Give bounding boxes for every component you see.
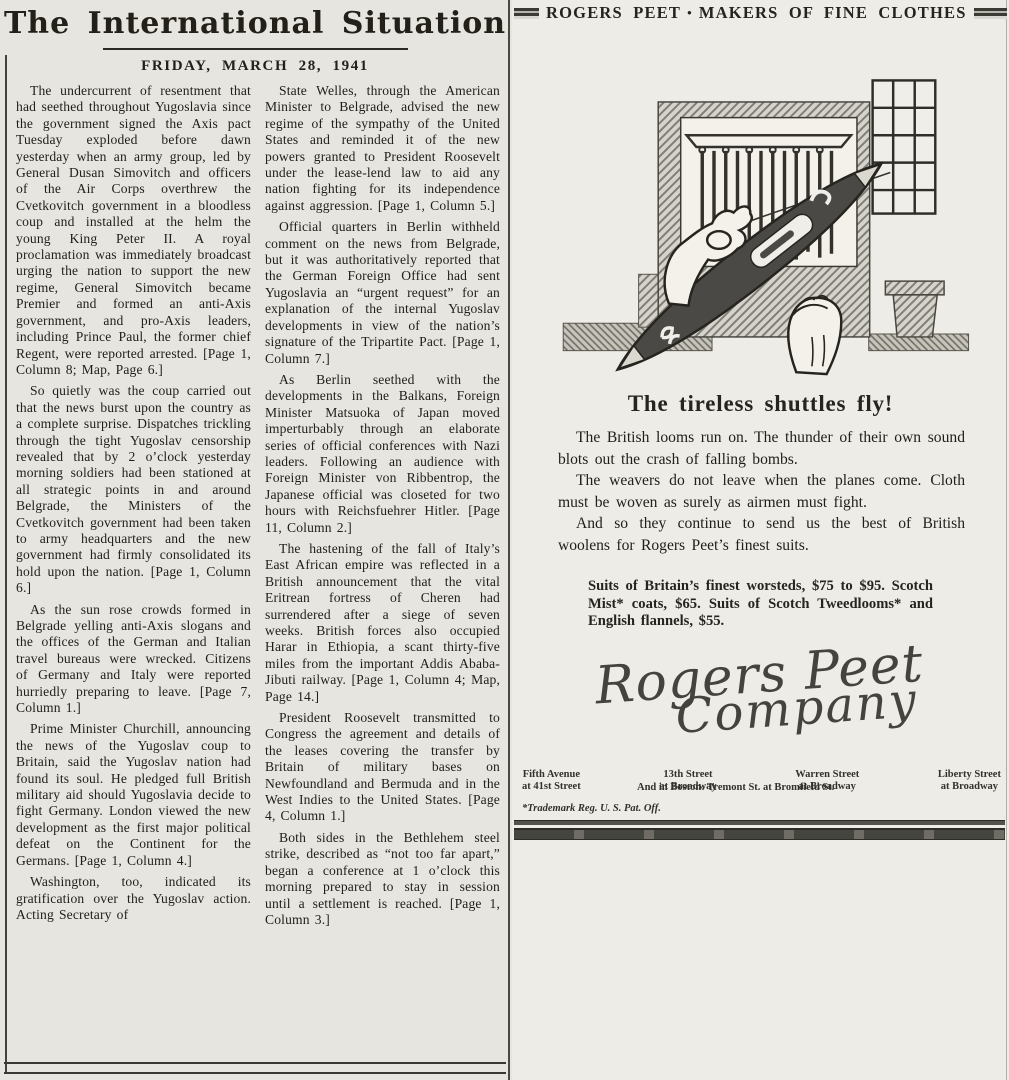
- article-paragraph: The hastening of the fall of Italy’s Eas…: [265, 541, 500, 705]
- article-paragraph: As Berlin seethed with the developments …: [265, 372, 500, 536]
- article-paragraph: As the sun rose crowds formed in Belgrad…: [16, 602, 251, 717]
- newspaper-scan: The International Situation FRIDAY, MARC…: [0, 0, 1009, 1080]
- ad-price-list: Suits of Britain’s finest worsteds, $75 …: [588, 578, 933, 631]
- ad-paragraph: And so they continue to send us the best…: [558, 513, 965, 556]
- masthead-bar-icon: [514, 8, 539, 19]
- ad-masthead: ROGERS PEET•MAKERS OF FINE CLOTHES: [512, 0, 1009, 23]
- article-header: The International Situation FRIDAY, MARC…: [0, 0, 510, 75]
- upper-hand-grip: [707, 231, 730, 249]
- ad-paragraph: The British looms run on. The thunder of…: [558, 427, 965, 470]
- loom-shuttle-illustration: [545, 53, 977, 381]
- factory-window-building: [872, 80, 935, 213]
- address-liberty-street: Liberty Street at Broadway: [938, 769, 1001, 793]
- title-underline-rule: [103, 48, 408, 50]
- masthead-bar-icon: [974, 8, 1007, 19]
- article-paragraph: The undercurrent of resentment that had …: [16, 83, 251, 378]
- article-dateline: FRIDAY, MARCH 28, 1941: [0, 58, 510, 75]
- article-paragraph: Official quarters in Berlin withheld com…: [265, 219, 500, 367]
- ad-paragraph: The weavers do not leave when the planes…: [558, 470, 965, 513]
- article-international-situation: The International Situation FRIDAY, MARC…: [0, 0, 510, 933]
- article-columns: The undercurrent of resentment that had …: [0, 83, 510, 933]
- ad-headline: The tireless shuttles fly!: [512, 391, 1009, 417]
- ad-copy: The British looms run on. The thunder of…: [512, 417, 1009, 556]
- bullet-icon: •: [687, 5, 693, 21]
- article-paragraph: Washington, too, indicated its gratifica…: [16, 874, 251, 923]
- rogers-peet-advertisement: ROGERS PEET•MAKERS OF FINE CLOTHES: [512, 0, 1009, 1080]
- address-fifth-avenue: Fifth Avenue at 41st Street: [522, 769, 581, 793]
- article-bottom-rule: [4, 1062, 506, 1074]
- lower-hand: [788, 296, 841, 374]
- article-title: The International Situation: [0, 6, 510, 41]
- masthead-text: ROGERS PEET•MAKERS OF FINE CLOTHES: [546, 3, 967, 23]
- masthead-tagline: MAKERS OF FINE CLOTHES: [699, 3, 967, 22]
- article-column-1: The undercurrent of resentment that had …: [16, 83, 251, 933]
- article-paragraph: So quietly was the coup carried out that…: [16, 383, 251, 596]
- ad-bottom-rule: [514, 820, 1005, 840]
- article-paragraph: Both sides in the Bethlehem steel strike…: [265, 830, 500, 928]
- chimney: [885, 281, 944, 337]
- trademark-note: *Trademark Reg. U. S. Pat. Off.: [522, 803, 1009, 814]
- masthead-brand: ROGERS PEET: [546, 3, 681, 22]
- article-paragraph: Prime Minister Churchill, announcing the…: [16, 721, 251, 869]
- article-column-2: State Welles, through the American Minis…: [265, 83, 500, 933]
- article-paragraph: State Welles, through the American Minis…: [265, 83, 500, 214]
- article-paragraph: President Roosevelt transmitted to Congr…: [265, 710, 500, 825]
